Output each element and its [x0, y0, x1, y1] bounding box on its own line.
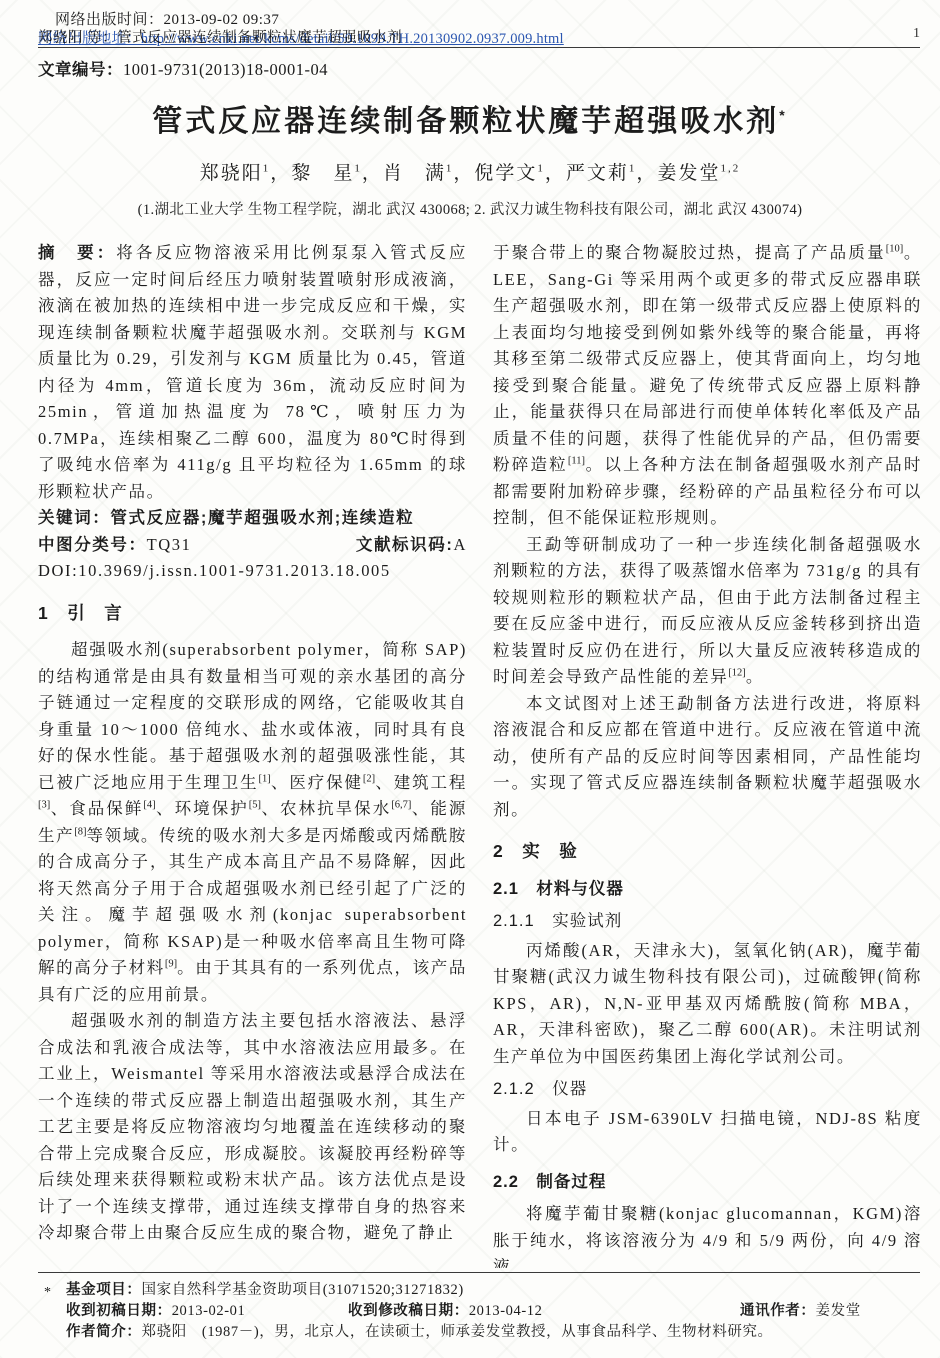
affiliation-line: (1.湖北工业大学 生物工程学院，湖北 武汉 430068; 2. 武汉力诚生物…	[0, 198, 940, 219]
page-number: 1	[913, 26, 920, 42]
fund-project-text: 国家自然科学基金资助项目(31071520;31271832)	[142, 1282, 464, 1298]
clc-item: 中图分类号：TQ31	[38, 532, 192, 559]
paragraph: 将魔芋葡甘聚糖(konjac glucomannan，KGM)溶胀于纯水，将该溶…	[493, 1201, 922, 1268]
footnote-date-item: 收到修改稿日期：2013-04-12	[348, 1301, 740, 1322]
author: 郑骁阳1	[200, 163, 271, 184]
section-heading: 2.1.1 实验试剂	[493, 908, 922, 935]
column-right: 于聚合带上的聚合物凝胶过热，提高了产品质量[10]。LEE，Sang-Gi 等采…	[493, 240, 922, 1268]
author: 肖 满1	[383, 163, 454, 184]
author-bio-text: 郑骁阳 (1987－)，男，北京人，在读硕士，师承姜发堂教授，从事食品科学、生物…	[142, 1324, 773, 1340]
clc-item: 文献标识码:A	[356, 532, 467, 559]
fund-project-label: 基金项目：	[66, 1282, 142, 1298]
paragraph: 超强吸水剂(superabsorbent polymer，简称 SAP)的结构通…	[38, 637, 467, 1008]
author: 严文莉1	[566, 163, 637, 184]
paper-title-text: 管式反应器连续制备颗粒状魔芋超强吸水剂	[152, 105, 779, 138]
footnote-date-item: 收到初稿日期：2013-02-01	[66, 1301, 348, 1322]
online-pub-url-link[interactable]: 网络出版地址：http://www.cnki.net/kcms/detail/5…	[38, 27, 564, 48]
author: 黎 星1	[291, 163, 362, 184]
paragraph: 丙烯酸(AR，天津永大)，氢氧化钠(AR)，魔芋葡甘聚糖(武汉力诚生物科技有限公…	[493, 938, 922, 1071]
keywords-line: 关键词：管式反应器;魔芋超强吸水剂;连续造粒	[38, 505, 467, 532]
authors-line: 郑骁阳1，黎 星1，肖 满1，倪学文1，严文莉1，姜发堂1,2	[0, 158, 940, 185]
paragraph: 于聚合带上的聚合物凝胶过热，提高了产品质量[10]。LEE，Sang-Gi 等采…	[493, 240, 922, 532]
author-bio-line: 作者简介：郑骁阳 (1987－)，男，北京人，在读硕士，师承姜发堂教授，从事食品…	[38, 1322, 920, 1343]
paragraph: 超强吸水剂的制造方法主要包括水溶液法、悬浮合成法和乳液合成法等，其中水溶液法应用…	[38, 1008, 467, 1247]
article-id-line: 文章编号：1001-9731(2013)18-0001-04	[38, 56, 328, 80]
column-left: 摘 要：将各反应物溶液采用比例泵泵入管式反应器，反应一定时间后经压力喷射装置喷射…	[38, 240, 467, 1268]
paragraph: 王勐等研制成功了一种一步连续化制备超强吸水剂颗粒的方法，获得了吸蒸馏水倍率为 7…	[493, 532, 922, 691]
running-head-line: 郑骁阳 等：管式反应器连续制备颗粒状魔芋超强吸水剂 网络出版地址：http://…	[38, 26, 920, 46]
section-heading: 2 实 验	[493, 838, 922, 865]
author-bio-label: 作者简介：	[66, 1324, 142, 1340]
footnote-block: * 基金项目：国家自然科学基金资助项目(31071520;31271832) 收…	[38, 1280, 920, 1343]
paragraph: 本文试图对上述王勐制备方法进行改进，将原料溶液混合和反应都在管道中进行。反应液在…	[493, 691, 922, 824]
doi-line: DOI:10.3969/j.issn.1001-9731.2013.18.005	[38, 558, 467, 585]
section-heading: 2.2 制备过程	[493, 1169, 922, 1196]
section-heading: 2.1 材料与仪器	[493, 876, 922, 903]
footnote-asterisk: *	[44, 1282, 52, 1303]
article-id-label: 文章编号：	[38, 61, 123, 79]
abstract-paragraph: 摘 要：将各反应物溶液采用比例泵泵入管式反应器，反应一定时间后经压力喷射装置喷射…	[38, 240, 467, 505]
section-heading: 2.1.2 仪器	[493, 1076, 922, 1103]
article-body: 摘 要：将各反应物溶液采用比例泵泵入管式反应器，反应一定时间后经压力喷射装置喷射…	[38, 240, 922, 1268]
title-footnote-marker: *	[779, 107, 787, 123]
footnote-date-item: 通讯作者：姜发堂	[740, 1301, 861, 1322]
header-rule	[38, 47, 920, 48]
section-heading: 1 引 言	[38, 600, 467, 627]
author: 姜发堂1,2	[657, 163, 740, 184]
paper-title: 管式反应器连续制备颗粒状魔芋超强吸水剂*	[0, 96, 940, 140]
author: 倪学文1	[474, 163, 545, 184]
journal-page: 网络出版时间：2013-09-02 09:37 郑骁阳 等：管式反应器连续制备颗…	[0, 0, 940, 1358]
dates-line: 收到初稿日期：2013-02-01收到修改稿日期：2013-04-12通讯作者：…	[38, 1301, 920, 1322]
footnote-rule	[38, 1272, 920, 1273]
paragraph: 日本电子 JSM-6390LV 扫描电镜，NDJ-8S 粘度计。	[493, 1106, 922, 1159]
fund-project-line: * 基金项目：国家自然科学基金资助项目(31071520;31271832)	[38, 1280, 920, 1301]
clc-line: 中图分类号：TQ31文献标识码:A	[38, 532, 467, 559]
article-id-value: 1001-9731(2013)18-0001-04	[123, 60, 328, 79]
